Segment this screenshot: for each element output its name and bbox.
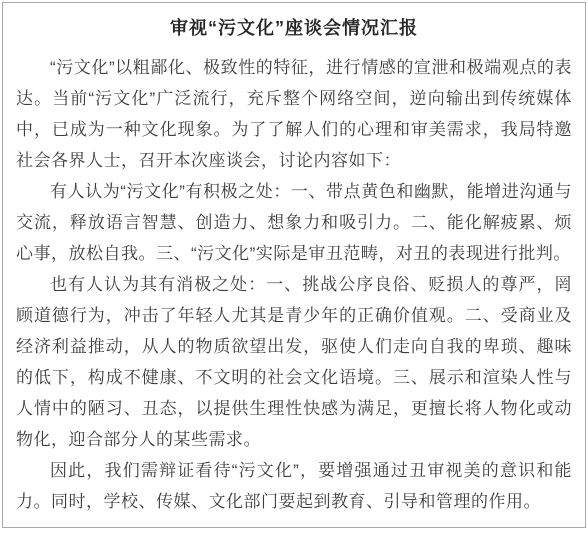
- document-box: 审视“污文化”座谈会情况汇报 “污文化”以粗鄙化、极致性的特征，进行情感的宣泄和…: [2, 2, 586, 528]
- paragraph-conclusion: 因此，我们需辩证看待“污文化”，要增强通过丑审视美的意识和能力。同时，学校、传媒…: [16, 455, 572, 517]
- document-title: 审视“污文化”座谈会情况汇报: [16, 15, 572, 41]
- paragraph-intro: “污文化”以粗鄙化、极致性的特征，进行情感的宣泄和极端观点的表达。当前“污文化”…: [16, 52, 572, 176]
- paragraph-positive-views: 有人认为“污文化”有积极之处：一、带点黄色和幽默，能增进沟通与交流，释放语言智慧…: [16, 176, 572, 269]
- paragraph-negative-views: 也有人认为其有消极之处：一、挑战公序良俗、贬损人的尊严，罔顾道德行为，冲击了年轻…: [16, 269, 572, 455]
